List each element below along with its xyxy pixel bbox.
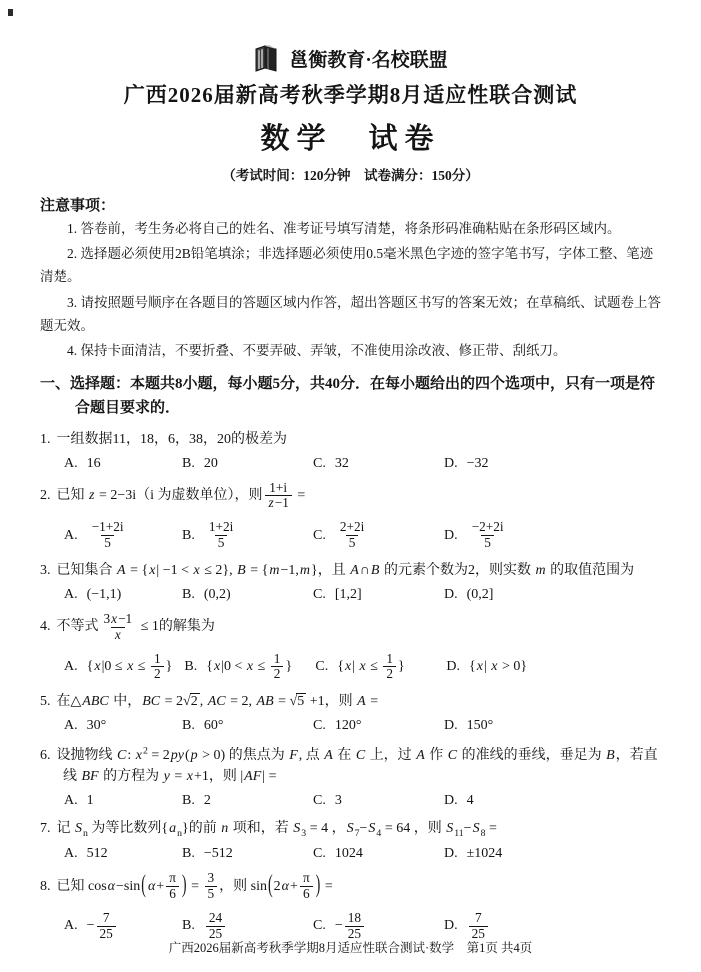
option-label: D. — [444, 587, 458, 602]
question-stem: 6.设抛物线 C: x2 = 2py(p > 0) 的焦点为 F, 点 A 在 … — [40, 743, 661, 788]
options-row: A.−1+2i5 B.1+2i5 C.2+2i5 D.−2+2i5 — [40, 520, 661, 551]
option-label: C. — [313, 456, 326, 471]
option-value: 1+2i5 — [204, 528, 239, 543]
option: C.3 — [313, 793, 444, 809]
question: 6.设抛物线 C: x2 = 2py(p > 0) 的焦点为 F, 点 A 在 … — [40, 743, 661, 809]
publisher-name: 邕衡教育·名校联盟 — [289, 45, 447, 72]
option-label: B. — [182, 793, 195, 808]
option-label: C. — [313, 718, 326, 733]
option-label: D. — [444, 793, 458, 808]
option: B.20 — [182, 456, 313, 472]
option-value: 2+2i5 — [335, 528, 370, 543]
question-number: 1. — [40, 432, 51, 447]
option-label: A. — [64, 528, 78, 543]
exam-meta: （考试时间：120分钟 试卷满分：150分） — [40, 164, 661, 184]
question-number: 3. — [40, 563, 51, 578]
question-stem: 4.不等式3x−1x ≤ 1的解集为 — [40, 612, 661, 643]
option: A.−725 — [64, 911, 182, 942]
option-label: B. — [182, 846, 195, 861]
option: C.1024 — [313, 846, 444, 862]
option-label: C. — [313, 793, 326, 808]
question-text: 已知 cosα−sin(α+π6) = 35，则 sin(2α+π6) = — [57, 879, 333, 894]
option-value: {x| x > 0} — [469, 659, 527, 674]
option: C.{x| x ≤ 12} — [315, 652, 446, 683]
option: D.725 — [444, 911, 661, 942]
option-label: C. — [313, 918, 326, 933]
option-label: C. — [313, 587, 326, 602]
option: B.2425 — [182, 911, 313, 942]
question-stem: 1.一组数据11，18，6，38，20的极差为 — [40, 429, 661, 451]
option-value: {x|0 < x ≤ 12} — [206, 659, 292, 674]
option-value: 32 — [335, 456, 349, 471]
question-number: 5. — [40, 694, 51, 709]
option-value: 150° — [467, 718, 494, 733]
option-value: −2+2i5 — [467, 528, 509, 543]
option: B.{x|0 < x ≤ 12} — [184, 652, 315, 683]
option-value: 1024 — [335, 846, 363, 861]
option-label: C. — [313, 528, 326, 543]
option: D.4 — [444, 793, 661, 809]
question-list: 1.一组数据11，18，6，38，20的极差为 A.16 B.20 C.32 D… — [40, 429, 661, 942]
question-stem: 2.已知 z = 2−3i（i 为虚数单位），则1+iz−1 = — [40, 481, 661, 512]
notice-item-4: 4. 保持卡面清洁，不要折叠、不要弄破、弄皱，不准使用涂改液、修正带、刮纸刀。 — [40, 339, 661, 362]
question: 4.不等式3x−1x ≤ 1的解集为 A.{x|0 ≤ x ≤ 12} B.{x… — [40, 612, 661, 683]
option-value: −1825 — [335, 918, 366, 933]
option-value: 512 — [87, 846, 108, 861]
option-value: −32 — [467, 456, 489, 471]
question: 8.已知 cosα−sin(α+π6) = 35，则 sin(2α+π6) = … — [40, 871, 661, 942]
options-row: A.{x|0 ≤ x ≤ 12} B.{x|0 < x ≤ 12} C.{x| … — [40, 652, 661, 683]
option-value: ±1024 — [467, 846, 503, 861]
option: A.{x|0 ≤ x ≤ 12} — [64, 652, 184, 683]
option: A.16 — [64, 456, 182, 472]
option: A.(−1,1) — [64, 587, 182, 603]
option: B.1+2i5 — [182, 520, 313, 551]
option-label: A. — [64, 793, 78, 808]
option-label: A. — [64, 456, 78, 471]
exam-page: 邕衡教育·名校联盟 广西2026届新高考秋季学期8月适应性联合测试 数学 试卷 … — [0, 0, 701, 972]
option-value: 120° — [335, 718, 362, 733]
option-label: C. — [315, 659, 328, 674]
option: A.−1+2i5 — [64, 520, 182, 551]
option: A.1 — [64, 793, 182, 809]
option-value: 2425 — [204, 918, 227, 933]
option-value: (0,2] — [467, 587, 494, 602]
options-row: A.−725 B.2425 C.−1825 D.725 — [40, 911, 661, 942]
option-label: A. — [64, 659, 78, 674]
question-text: 不等式3x−1x ≤ 1的解集为 — [57, 619, 215, 634]
option-value: 30° — [87, 718, 107, 733]
option: B.60° — [182, 718, 313, 734]
options-row: A.1 B.2 C.3 D.4 — [40, 793, 661, 809]
option-label: C. — [313, 846, 326, 861]
option-value: {x|0 ≤ x ≤ 12} — [87, 659, 173, 674]
publisher-line: 邕衡教育·名校联盟 — [40, 0, 661, 72]
option-value: [1,2] — [335, 587, 362, 602]
option: A.512 — [64, 846, 182, 862]
option-label: B. — [182, 587, 195, 602]
option-value: 2 — [204, 793, 211, 808]
question-stem: 8.已知 cosα−sin(α+π6) = 35，则 sin(2α+π6) = — [40, 871, 661, 902]
option-label: B. — [182, 528, 195, 543]
option-label: B. — [182, 456, 195, 471]
option: D.(0,2] — [444, 587, 661, 603]
option-label: D. — [444, 918, 458, 933]
options-row: A.16 B.20 C.32 D.−32 — [40, 456, 661, 472]
question-text: 已知集合 A = {x| −1 < x ≤ 2}, B = {m−1,m}，且 … — [57, 563, 635, 578]
subject-title: 数学 试卷 — [40, 116, 661, 157]
book-logo-icon — [253, 44, 279, 72]
option: D.−32 — [444, 456, 661, 472]
option-value: 4 — [467, 793, 474, 808]
option-value: (−1,1) — [87, 587, 122, 602]
question-number: 7. — [40, 821, 51, 836]
option-label: A. — [64, 846, 78, 861]
option: C.120° — [313, 718, 444, 734]
exam-title: 广西2026届新高考秋季学期8月适应性联合测试 — [40, 79, 661, 109]
option-value: {x| x ≤ 12} — [337, 659, 405, 674]
exam-header: 邕衡教育·名校联盟 广西2026届新高考秋季学期8月适应性联合测试 数学 试卷 … — [40, 0, 661, 184]
option-label: D. — [444, 718, 458, 733]
option-label: D. — [444, 846, 458, 861]
notice-item-2: 2. 选择题必须使用2B铅笔填涂；非选择题必须使用0.5毫米黑色字迹的签字笔书写… — [40, 242, 661, 288]
option-value: −512 — [204, 846, 233, 861]
option-label: A. — [64, 587, 78, 602]
question: 5.在△ABC 中，BC = 2√2, AC = 2, AB = √5 +1，则… — [40, 691, 661, 734]
question-number: 8. — [40, 879, 51, 894]
option: D.{x| x > 0} — [446, 659, 661, 675]
option-label: D. — [446, 659, 460, 674]
option-value: (0,2) — [204, 587, 231, 602]
question-number: 2. — [40, 488, 51, 503]
option-value: 1 — [87, 793, 94, 808]
question-text: 设抛物线 C: x2 = 2py(p > 0) 的焦点为 F, 点 A 在 C … — [57, 748, 658, 785]
notice-heading: 注意事项： — [40, 194, 661, 215]
notice-section: 注意事项： 1. 答卷前，考生务必将自己的姓名、准考证号填写清楚，将条形码准确粘… — [40, 194, 661, 362]
notice-item-3: 3. 请按照题号顺序在各题目的答题区域内作答，超出答题区书写的答案无效；在草稿纸… — [40, 291, 661, 337]
scan-artifact — [8, 9, 13, 16]
option-value: −725 — [87, 918, 118, 933]
question-text: 已知 z = 2−3i（i 为虚数单位），则1+iz−1 = — [57, 488, 306, 503]
question-stem: 3.已知集合 A = {x| −1 < x ≤ 2}, B = {m−1,m}，… — [40, 560, 661, 582]
option: D.−2+2i5 — [444, 520, 661, 551]
option-value: 725 — [467, 918, 490, 933]
option-label: D. — [444, 528, 458, 543]
option-value: 60° — [204, 718, 224, 733]
notice-item-1: 1. 答卷前，考生务必将自己的姓名、准考证号填写清楚，将条形码准确粘贴在条形码区… — [40, 217, 661, 240]
option-value: −1+2i5 — [87, 528, 129, 543]
options-row: A.(−1,1) B.(0,2) C.[1,2] D.(0,2] — [40, 587, 661, 603]
option: D.150° — [444, 718, 661, 734]
option: D.±1024 — [444, 846, 661, 862]
question-text: 在△ABC 中，BC = 2√2, AC = 2, AB = √5 +1，则 A… — [57, 693, 379, 709]
question-number: 4. — [40, 619, 51, 634]
option-label: D. — [444, 456, 458, 471]
page-footer: 广西2026届新高考秋季学期8月适应性联合测试·数学 第1页 共4页 — [0, 938, 701, 956]
question-stem: 5.在△ABC 中，BC = 2√2, AC = 2, AB = √5 +1，则… — [40, 691, 661, 713]
question: 2.已知 z = 2−3i（i 为虚数单位），则1+iz−1 = A.−1+2i… — [40, 481, 661, 552]
question-stem: 7.记 Sn 为等比数列{an}的前 n 项和，若 S3 = 4 ，S7−S4 … — [40, 818, 661, 841]
question-text: 一组数据11，18，6，38，20的极差为 — [57, 432, 287, 447]
option-label: A. — [64, 918, 78, 933]
option-label: B. — [182, 918, 195, 933]
option: C.[1,2] — [313, 587, 444, 603]
option: C.2+2i5 — [313, 520, 444, 551]
option-label: B. — [184, 659, 197, 674]
option-value: 16 — [87, 456, 101, 471]
option: B.(0,2) — [182, 587, 313, 603]
option-label: B. — [182, 718, 195, 733]
option: A.30° — [64, 718, 182, 734]
option: C.32 — [313, 456, 444, 472]
section-title: 一、选择题：本题共8小题，每小题5分，共40分．在每小题给出的四个选项中，只有一… — [40, 373, 661, 420]
question: 3.已知集合 A = {x| −1 < x ≤ 2}, B = {m−1,m}，… — [40, 560, 661, 603]
options-row: A.30° B.60° C.120° D.150° — [40, 718, 661, 734]
option-label: A. — [64, 718, 78, 733]
option: C.−1825 — [313, 911, 444, 942]
question: 7.记 Sn 为等比数列{an}的前 n 项和，若 S3 = 4 ，S7−S4 … — [40, 818, 661, 862]
options-row: A.512 B.−512 C.1024 D.±1024 — [40, 846, 661, 862]
option: B.2 — [182, 793, 313, 809]
question-text: 记 Sn 为等比数列{an}的前 n 项和，若 S3 = 4 ，S7−S4 = … — [57, 821, 497, 836]
question: 1.一组数据11，18，6，38，20的极差为 A.16 B.20 C.32 D… — [40, 429, 661, 472]
option-value: 3 — [335, 793, 342, 808]
option: B.−512 — [182, 846, 313, 862]
question-number: 6. — [40, 748, 51, 763]
option-value: 20 — [204, 456, 218, 471]
